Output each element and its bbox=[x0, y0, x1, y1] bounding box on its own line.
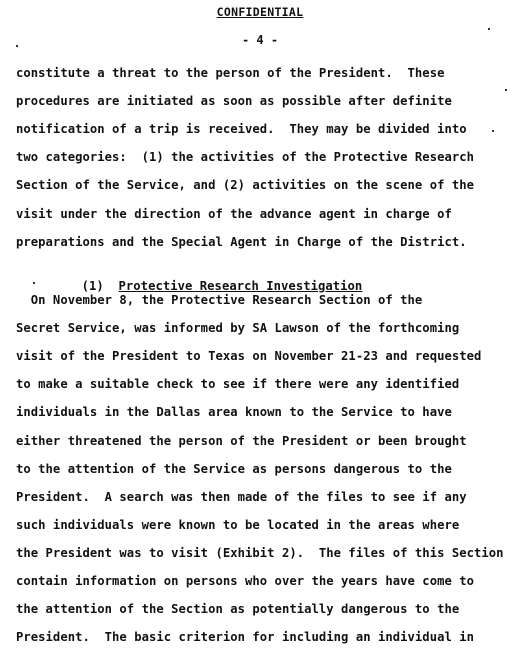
text-line: visit of the President to Texas on Novem… bbox=[16, 349, 481, 363]
scan-speck bbox=[33, 282, 35, 284]
subheading-number: (1) bbox=[82, 279, 104, 293]
text-line: contain information on persons who over … bbox=[16, 574, 474, 588]
scan-speck bbox=[492, 130, 494, 132]
text-line: two categories: (1) the activities of th… bbox=[16, 150, 474, 164]
text-line: the President was to visit (Exhibit 2). … bbox=[16, 546, 504, 560]
text-line: procedures are initiated as soon as poss… bbox=[16, 94, 452, 108]
text-line: President. A search was then made of the… bbox=[16, 490, 467, 504]
page-number: - 4 - bbox=[0, 33, 520, 47]
scan-speck bbox=[505, 89, 507, 91]
classification-header: CONFIDENTIAL bbox=[0, 5, 520, 19]
text-line: individuals in the Dallas area known to … bbox=[16, 405, 452, 419]
subheading-title: Protective Research Investigation bbox=[119, 279, 363, 293]
text-line: constitute a threat to the person of the… bbox=[16, 66, 444, 80]
text-line: to make a suitable check to see if there… bbox=[16, 377, 459, 391]
text-line: visit under the direction of the advance… bbox=[16, 207, 452, 221]
text-line: President. The basic criterion for inclu… bbox=[16, 630, 474, 644]
classification-label: CONFIDENTIAL bbox=[217, 5, 304, 19]
text-line: such individuals were known to be locate… bbox=[16, 518, 459, 532]
text-line: to the attention of the Service as perso… bbox=[16, 462, 452, 476]
text-line: Section of the Service, and (2) activiti… bbox=[16, 178, 474, 192]
text-line: preparations and the Special Agent in Ch… bbox=[16, 235, 467, 249]
text-line: notification of a trip is received. They… bbox=[16, 122, 467, 136]
scan-speck bbox=[16, 45, 18, 47]
text-line: On November 8, the Protective Research S… bbox=[16, 293, 422, 307]
text-line: Secret Service, was informed by SA Lawso… bbox=[16, 321, 459, 335]
scan-speck bbox=[488, 28, 490, 30]
text-line: either threatened the person of the Pres… bbox=[16, 434, 467, 448]
text-line: the attention of the Section as potentia… bbox=[16, 602, 459, 616]
